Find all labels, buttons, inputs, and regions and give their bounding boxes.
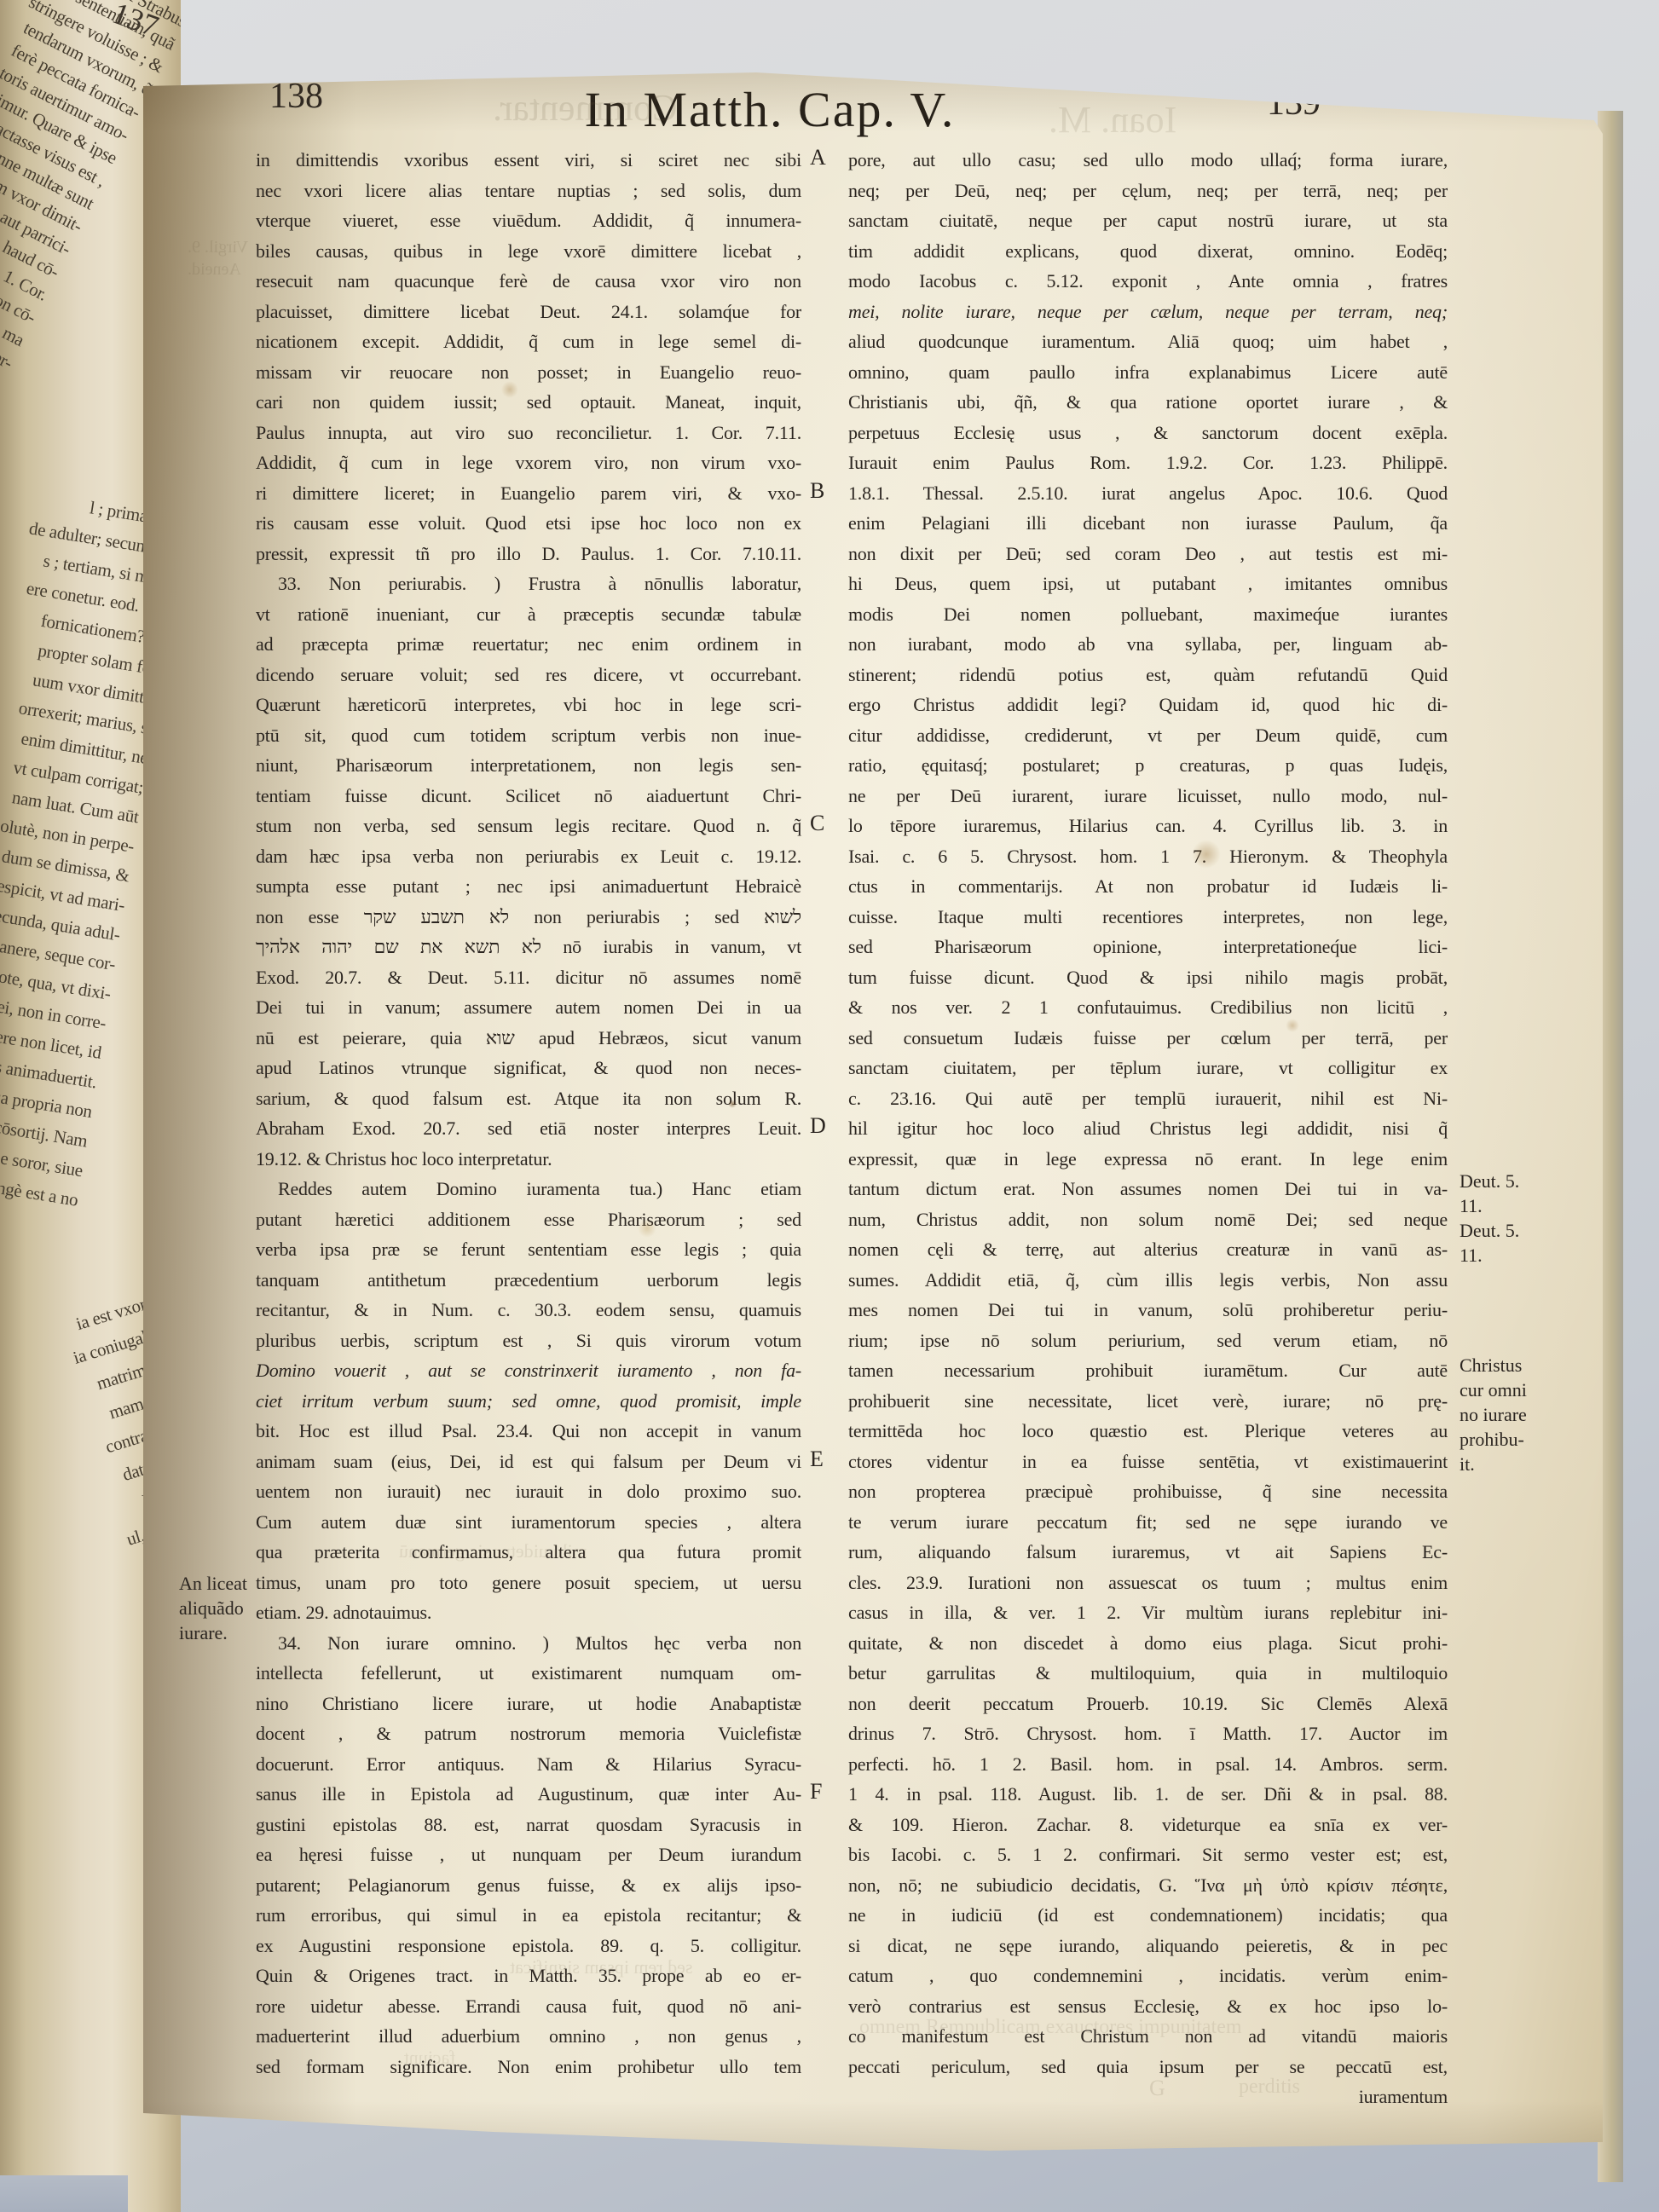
text-line: c. 23.16. Qui autē per templū iurauerit,… <box>848 1083 1448 1114</box>
text-line: betur garrulitas & multiloquium, quia in… <box>848 1658 1448 1689</box>
text-line: mes nomen Dei tui in vanum, solū prohibe… <box>848 1295 1448 1325</box>
text-line: intellecta fefellerunt, ut existimarent … <box>256 1658 801 1689</box>
text-line: bit. Hoc est illud Psal. 23.4. Qui non a… <box>256 1416 801 1447</box>
bleedthrough-text: Commentar. <box>493 86 677 130</box>
text-line: לא תשא את שם יהוה אלהיך nō iurabis in va… <box>256 932 801 962</box>
text-line: Domino vouerit , aut se constrinxerit iu… <box>256 1355 801 1386</box>
text-line: 33. Non periurabis. ) Frustra à nōnullis… <box>256 569 801 599</box>
margin-note-line: Deut. 5. <box>1460 1169 1587 1193</box>
text-line: timus, unam pro toto genere posuit speci… <box>256 1568 801 1598</box>
text-line: niunt, Pharisæorum interpretationem, non… <box>256 750 801 781</box>
bleedthrough-text: mihi uidetur sic germanū <box>399 1540 587 1562</box>
text-line: peccati periculum, sed quia ipsum per se… <box>848 2052 1448 2082</box>
text-line: non, nō; ne subiudicio decidatis, G. Ἵνα… <box>848 1870 1448 1901</box>
text-line: Exod. 20.7. & Deut. 5.11. dicitur nō ass… <box>256 962 801 993</box>
text-line: dicendo seruare voluit; sed res dicere, … <box>256 660 801 690</box>
text-line: verba ipsa præ se ferunt sententiam esse… <box>256 1234 801 1265</box>
text-line: Paulus innupta, aut viro suo reconciliet… <box>256 418 801 448</box>
section-letter-A: A <box>810 145 826 170</box>
text-line: pressit, expressit tñ pro illo D. Paulus… <box>256 539 801 569</box>
margin-note-line: it. <box>1460 1452 1587 1476</box>
text-line: citur addidisse, crediderunt, vt per Deu… <box>848 720 1448 751</box>
section-letter-C: C <box>810 811 824 836</box>
text-line: termittēda hoc loco quæstio est. Pleriqu… <box>848 1416 1448 1447</box>
section-letter-E: E <box>810 1447 824 1472</box>
text-line: recitantur, & in Num. c. 30.3. eodem sen… <box>256 1295 801 1325</box>
text-line: sed consuetum Iudæis fuisse per cœlum pe… <box>848 1023 1448 1054</box>
table-surface <box>0 2175 128 2212</box>
text-line: Dei tui in vanum; assumere autem nomen D… <box>256 992 801 1023</box>
text-line: hi Deus, quem ipsi, ut putabant , imitan… <box>848 569 1448 599</box>
margin-note-line: An liceat <box>179 1571 275 1596</box>
bleedthrough-text: perditis <box>1239 2076 1300 2099</box>
text-line: 34. Non iurare omnino. ) Multos hęc verb… <box>256 1628 801 1659</box>
margin-note-right: Christuscur omnino iurareprohibu-it. <box>1460 1353 1587 1476</box>
text-line: apud Latinos vtrunque significat, & quod… <box>256 1053 801 1083</box>
text-line: casus in illa, & ver. 1 2. Vir multùm iu… <box>848 1597 1448 1628</box>
text-line: non iurabant, modo ab vna syllaba, per, … <box>848 629 1448 660</box>
text-line: non esse לא תשבע שקר non periurabis ; se… <box>256 902 801 933</box>
text-line: ri dimittere liceret; in Euangelio parem… <box>256 478 801 509</box>
text-line: stum non verba, sed sensum legis recitar… <box>256 811 801 841</box>
text-line: modo Iacobus c. 5.12. exponit , Ante omn… <box>848 266 1448 297</box>
margin-note-line: cur omni <box>1460 1377 1587 1402</box>
text-line: Reddes autem Domino iuramenta tua.) Hanc… <box>256 1174 801 1204</box>
text-line: sarium, & quod falsum est. Atque ita non… <box>256 1083 801 1114</box>
text-line: sanctam ciuitatē, neque per caput nostrū… <box>848 205 1448 236</box>
section-letter-B: B <box>810 478 824 504</box>
text-line: vt rationē inueniant, cur à præceptis se… <box>256 599 801 630</box>
bleedthrough-text: faciunt. <box>399 2047 456 2069</box>
text-line: tim addidit explicans, quod dixerat, omn… <box>848 236 1448 267</box>
text-line: non propterea præcipuè prohibuisse, q̃ s… <box>848 1476 1448 1507</box>
bleedthrough-text: Virgil. 9. <box>188 238 248 257</box>
text-line: ea hęresi fuisse , ut nunquam per Deum i… <box>256 1839 801 1870</box>
text-line: pore, aut ullo casu; sed ullo modo ullaq… <box>848 145 1448 176</box>
text-line: expressit, quæ in lege expressa nō erant… <box>848 1144 1448 1175</box>
text-line: non deerit peccatum Prouerb. 10.19. Sic … <box>848 1689 1448 1719</box>
text-line: cari non quidem iussit; sed optauit. Man… <box>256 387 801 418</box>
text-column-right: pore, aut ullo casu; sed ullo modo ullaq… <box>848 145 1448 2112</box>
text-line: gustini epistolas 88. est, narrat quosda… <box>256 1810 801 1840</box>
text-line: vterque viueret, esse viuēdum. Addidit, … <box>256 205 801 236</box>
text-line: nomen cęli & terrę, aut alterius creatur… <box>848 1234 1448 1265</box>
text-line: & 109. Hieron. Zachar. 8. videturque ea … <box>848 1810 1448 1840</box>
text-line: si dicat, ne sępe iurando, aliquando pei… <box>848 1931 1448 1961</box>
text-line: placuisset, dimittere licebat Deut. 24.1… <box>256 297 801 327</box>
text-line: catum , quo condemnemini , incidatis. ve… <box>848 1961 1448 1991</box>
text-line: 19.12. & Christus hoc loco interpretatur… <box>256 1144 801 1175</box>
text-line: 1 4. in psal. 118. August. lib. 1. de se… <box>848 1779 1448 1810</box>
text-line: sanus ille in Epistola ad Augustinum, qu… <box>256 1779 801 1810</box>
text-line: perpetuus Ecclesię usus , & sanctorum do… <box>848 418 1448 448</box>
text-line: ergo Christus addidit legi? Quidam id, q… <box>848 690 1448 720</box>
text-line: nec vxori licere alias tentare nuptias ;… <box>256 176 801 206</box>
text-line: sumpta esse putant ; nec ipsi animaduert… <box>256 871 801 902</box>
bleedthrough-text: Ioan. M. <box>1049 98 1176 141</box>
text-line: enim Pelagiani illi dicebant non iurasse… <box>848 508 1448 539</box>
margin-note-line: prohibu- <box>1460 1427 1587 1452</box>
book-page: 138 In Matth. Cap. V. 139 in dimittendis… <box>143 72 1603 2152</box>
text-line: Iurauit enim Paulus Rom. 1.9.2. Cor. 1.2… <box>848 448 1448 478</box>
text-line: sed Pharisæorum opinione, interpretation… <box>848 932 1448 962</box>
margin-note-line: no iurare <box>1460 1402 1587 1427</box>
text-line: prohibuerit sine necessitate, licet verè… <box>848 1386 1448 1417</box>
text-line: num, Christus addit, non solum nomē Dei;… <box>848 1204 1448 1235</box>
text-line: putant hæretici additionem esse Pharisæo… <box>256 1204 801 1235</box>
text-line: sanctam ciuitatem, per tēplum iurare, vt… <box>848 1053 1448 1083</box>
text-line: te verum iurare peccatum fit; sed ne sęp… <box>848 1507 1448 1538</box>
text-line: uentem non iurauit) nec iurauit in dolo … <box>256 1476 801 1507</box>
margin-note-left: An liceataliquãdoiurare. <box>179 1571 275 1645</box>
margin-note-line: 11. <box>1460 1193 1587 1218</box>
text-line: 1.8.1. Thessal. 2.5.10. iurat angelus Ap… <box>848 478 1448 509</box>
text-line: bis Iacobi. c. 5. 1 2. confirmari. Sit s… <box>848 1839 1448 1870</box>
text-line: ctus in commentarijs. At non probatur id… <box>848 871 1448 902</box>
bleedthrough-text: G <box>1149 2076 1165 2101</box>
text-line: rum erroribus, qui simul in ea epistola … <box>256 1900 801 1931</box>
text-line: ad præcepta primæ reuertatur; nec enim o… <box>256 629 801 660</box>
text-line: drinus 7. Strō. Chrysost. hom. ī Matth. … <box>848 1718 1448 1749</box>
text-line: omnino, quam paullo infra explanabimus L… <box>848 357 1448 388</box>
text-line: rum, aliquando falsum iuraremus, vt ait … <box>848 1537 1448 1568</box>
text-line: ctores videntur in ea fuisse sentētia, v… <box>848 1447 1448 1477</box>
bleedthrough-text: sed rem ipsam significat <box>510 1956 692 1978</box>
margin-note-right-refs: Deut. 5.11.Deut. 5.11. <box>1460 1169 1587 1268</box>
text-line: sed formam significare. Non enim prohibe… <box>256 2052 801 2082</box>
page-number-right: 139 <box>1267 83 1321 124</box>
text-line: ne in iudiciū (id est condemnationem) in… <box>848 1900 1448 1931</box>
text-line: ratio, ęquitasq́; postularet; p creatura… <box>848 750 1448 781</box>
text-line: Addidit, q̃ cum in lege vxorem viro, non… <box>256 448 801 478</box>
margin-note-line: 11. <box>1460 1243 1587 1268</box>
text-line: resecuit nam quacunque ferè de causa vxo… <box>256 266 801 297</box>
text-line: hil igitur hoc loco aliud Christus legi … <box>848 1113 1448 1144</box>
text-column-left: in dimittendis vxoribus essent viri, si … <box>256 145 801 2082</box>
text-line: cuisse. Itaque multi recentiores interpr… <box>848 902 1448 933</box>
text-line: aliud quodcunque iuramentum. Aliā quoq; … <box>848 326 1448 357</box>
text-line: perfecti. hō. 1 2. Basil. hom. in psal. … <box>848 1749 1448 1780</box>
text-line: rore uidetur abesse. Errandi causa fuit,… <box>256 1991 801 2022</box>
text-line: & nos ver. 2 1 confutauimus. Credibilius… <box>848 992 1448 1023</box>
text-line: pluribus uerbis, scriptum est , Si quis … <box>256 1325 801 1356</box>
text-line: Quærunt hæreticorū interpretes, vbi hoc … <box>256 690 801 720</box>
text-line: tum fuisse dicunt. Quod & ipsi nihilo ma… <box>848 962 1448 993</box>
text-line: dam hæc ipsa verba non periurabis ex Leu… <box>256 841 801 872</box>
text-line: mei, nolite iurare, neque per cælum, neq… <box>848 297 1448 327</box>
text-line: animam suam (eius, Dei, id est qui falsu… <box>256 1447 801 1477</box>
text-line: nino Christiano licere iurare, ut hodie … <box>256 1689 801 1719</box>
text-line: ptū sit, quod cum totidem scriptum verbi… <box>256 720 801 751</box>
margin-note-line: Deut. 5. <box>1460 1218 1587 1243</box>
text-line: iuramentum <box>848 2082 1448 2112</box>
text-line: tamen necessarium prohibuit iuramētum. C… <box>848 1355 1448 1386</box>
text-line: ris causam esse voluit. Quod etsi ipse h… <box>256 508 801 539</box>
book-photo: { "page": { "left_page_number": "138", "… <box>0 0 1659 2212</box>
text-line: nicationem excepit. Addidit, q̃ cum in l… <box>256 326 801 357</box>
text-line: rium; ipse nō solum periurium, sed verum… <box>848 1325 1448 1356</box>
text-line: putarent; Pelagianorum genus fuisse, & e… <box>256 1870 801 1901</box>
text-line: lo tēpore iuraremus, Hilarius can. 4. Cy… <box>848 811 1448 841</box>
text-line: quitate, & non discedet à domo eius plag… <box>848 1628 1448 1659</box>
text-line: docent , & patrum nostrorum memoria Vuic… <box>256 1718 801 1749</box>
text-line: Isai. c. 6 5. Chrysost. hom. 1 7. Hieron… <box>848 841 1448 872</box>
text-line: etiam. 29. adnotauimus. <box>256 1597 801 1628</box>
text-line: modis Dei nomen polluebant, maximeq́ue i… <box>848 599 1448 630</box>
text-line: tentiam fuisse dicunt. Scilicet nō aiadu… <box>256 781 801 811</box>
text-line: ne per Deū iurarent, iurare licuisset, n… <box>848 781 1448 811</box>
text-line: ciet irritum verbum suum; sed omne, quod… <box>256 1386 801 1417</box>
text-line: nū est peierare, quia שוא apud Hebræos, … <box>256 1023 801 1054</box>
text-line: Cum autem duæ sint iuramentorum species … <box>256 1507 801 1538</box>
text-line: non dixit per Deū; sed coram Deo , aut t… <box>848 539 1448 569</box>
bleedthrough-text: omnem Rempublicam exauctores impunitatem <box>859 2016 1242 2039</box>
text-line: in dimittendis vxoribus essent viri, si … <box>256 145 801 176</box>
text-line: tanquam antithetum præcedentium uerborum… <box>256 1265 801 1296</box>
text-line: maduerterint illud aduerbium omnino , no… <box>256 2021 801 2052</box>
running-title: In Matth. Cap. V. <box>143 81 1396 138</box>
section-letter-D: D <box>810 1113 826 1139</box>
text-line: stinerent; ridendū potius est, quàm refu… <box>848 660 1448 690</box>
margin-note-line: Christus <box>1460 1353 1587 1377</box>
section-letter-F: F <box>810 1779 822 1805</box>
text-line: Christianis ubi, q̃ñ, & qua ratione opor… <box>848 387 1448 418</box>
margin-note-line: aliquãdo <box>179 1596 275 1620</box>
text-line: cles. 23.9. Iurationi non assuescat os t… <box>848 1568 1448 1598</box>
text-line: neq; per Deū, neq; per cęlum, neq; per t… <box>848 176 1448 206</box>
text-line: biles causas, quibus in lege vxorē dimit… <box>256 236 801 267</box>
text-line: docuerunt. Error antiquus. Nam & Hilariu… <box>256 1749 801 1780</box>
margin-note-line: iurare. <box>179 1620 275 1645</box>
text-line: Abraham Exod. 20.7. sed etiā noster inte… <box>256 1113 801 1144</box>
text-line: sumes. Addidit etiā, q̃, cùm illis legis… <box>848 1265 1448 1296</box>
text-line: tantum dictum erat. Non assumes nomen De… <box>848 1174 1448 1204</box>
text-line: missam vir reuocare non posset; in Euang… <box>256 357 801 388</box>
bleedthrough-text: Aeneid. <box>188 260 241 280</box>
